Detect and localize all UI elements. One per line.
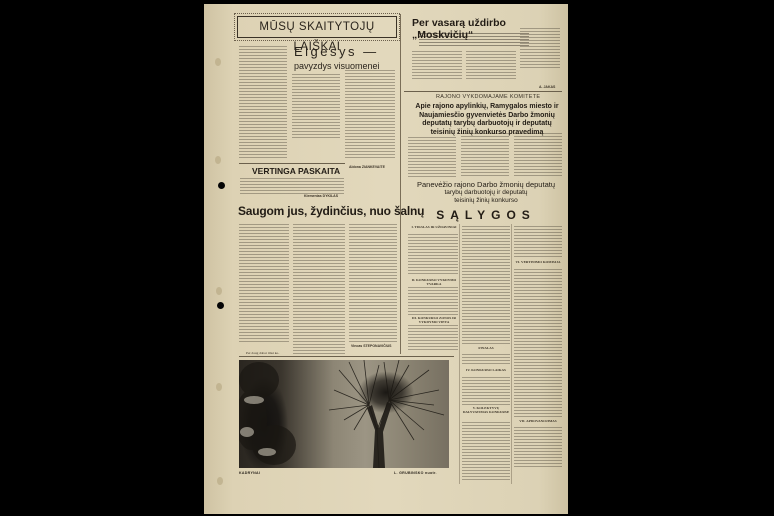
paper-stain xyxy=(216,287,222,295)
article-body xyxy=(461,133,509,177)
salygos-headline: SĄLYGOS xyxy=(410,208,562,222)
article-last-line: Per daug dabar imsi ke- xyxy=(246,351,279,355)
salygos-heading-line: tarybų darbuotojų ir deputatų xyxy=(410,189,562,197)
article-kicker: RAJONO VYKDOMAJAME KOMITETE xyxy=(436,94,540,100)
section-body xyxy=(514,269,562,419)
paper-stain xyxy=(216,383,222,391)
article-title: Apie rajono apylinkių, Ramygalos miesto … xyxy=(414,103,560,137)
column-divider xyxy=(459,224,460,484)
article-title-line: Elgesys — xyxy=(294,44,399,59)
section-heading: III. KONKURSO ZONOS IR VYKDYMO VIETA xyxy=(410,316,458,324)
section-heading: VII. APDOVANOJIMAS xyxy=(514,419,562,423)
divider xyxy=(404,91,562,92)
section-heading: I. TIKSLAS IR UŽDAVINIAI xyxy=(410,225,458,229)
article-body xyxy=(239,46,287,158)
paper-stain xyxy=(215,58,221,66)
punch-hole xyxy=(217,302,224,309)
section-body xyxy=(462,422,510,482)
paper-stain xyxy=(215,156,221,164)
salygos-heading-line: Panevėžio rajono Darbo žmonių deputatų xyxy=(410,181,562,189)
article-body xyxy=(293,224,345,356)
section-heading: II. KONKURSO VYKDYMO TVARKA xyxy=(410,278,458,286)
article-body xyxy=(466,51,516,81)
section-heading: IV. KONKURSO LAIKAS xyxy=(462,368,510,372)
photo-caption: KADRYNAI xyxy=(239,471,260,475)
article-title: VERTINGA PASKAITA xyxy=(252,166,340,176)
article-title: Elgesys — pavyzdys visuomenei xyxy=(294,44,399,71)
salygos-heading: Panevėžio rajono Darbo žmonių deputatų t… xyxy=(410,181,562,205)
article-signature: Vincas STEPONAVIČIUS xyxy=(351,344,392,348)
newspaper-page: MŪSŲ SKAITYTOJŲ LAIŠKAI Elgesys — pavyzd… xyxy=(204,4,568,514)
article-body xyxy=(240,178,344,194)
salygos-heading-line: teisinių žinių konkurso xyxy=(410,197,562,205)
section-heading: V. KOLEKTYVŲ DALYVAVIMAS KONKURSE xyxy=(462,406,510,414)
article-signature: Klementas DYKILAS xyxy=(304,194,338,198)
section-body xyxy=(462,377,510,405)
paper-stain xyxy=(217,477,223,485)
article-lead xyxy=(419,33,529,47)
article-body xyxy=(292,74,340,139)
article-body xyxy=(239,224,289,344)
punch-hole xyxy=(218,182,225,189)
section-body xyxy=(408,234,458,276)
section-heading: VI. VERTINIMO KOMISIJA xyxy=(514,260,562,264)
article-body xyxy=(345,70,395,160)
article-signature: A. JAKAS xyxy=(539,85,555,89)
photo-credit: L. GRUBINSKO nuotr. xyxy=(394,471,437,475)
article-body xyxy=(514,133,562,177)
article-body xyxy=(408,137,456,177)
article-body xyxy=(412,51,462,81)
section-header: MŪSŲ SKAITYTOJŲ LAIŠKAI xyxy=(237,16,397,38)
section-body xyxy=(514,226,562,258)
column-divider xyxy=(400,14,401,354)
section-body xyxy=(408,287,458,315)
article-body xyxy=(349,224,397,342)
section-body xyxy=(514,427,562,467)
winter-trees-photo xyxy=(239,360,449,468)
section-body xyxy=(462,226,510,346)
article-title: Saugom jus, žydinčius, nuo šalnų xyxy=(238,204,424,218)
section-body xyxy=(462,354,510,366)
article-body xyxy=(520,28,560,68)
section-body xyxy=(408,325,458,351)
divider xyxy=(239,356,454,357)
column-divider xyxy=(511,224,512,484)
divider xyxy=(239,163,345,164)
article-signature: Aldona ZIANKEVAITE xyxy=(349,165,385,169)
section-heading: FINALAS xyxy=(462,346,510,350)
